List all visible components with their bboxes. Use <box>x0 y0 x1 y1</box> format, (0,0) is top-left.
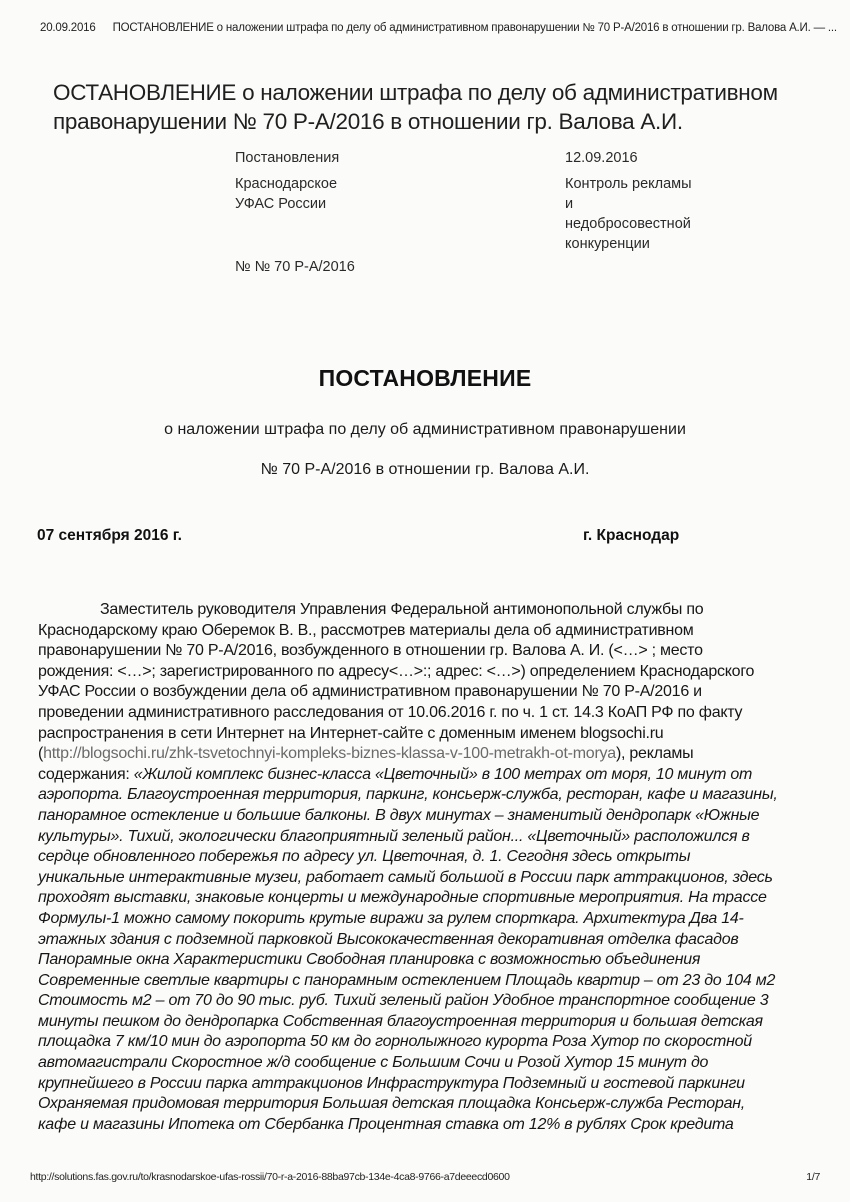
footer-url[interactable]: http://solutions.fas.gov.ru/to/krasnodar… <box>30 1171 510 1183</box>
print-header: 20.09.2016 ПОСТАНОВЛЕНИЕ о наложении штр… <box>40 22 820 34</box>
page-title: ОСТАНОВЛЕНИЕ о наложении штрафа по делу … <box>53 78 793 136</box>
department-value-line1: Краснодарское <box>235 174 337 194</box>
print-header-title: ПОСТАНОВЛЕНИЕ о наложении штрафа по делу… <box>113 22 837 34</box>
document-body: Заместитель руководителя Управления Феде… <box>38 600 778 1135</box>
document-date: 07 сентября 2016 г. <box>37 527 182 545</box>
print-date: 20.09.2016 <box>40 22 96 34</box>
document-subheading-line2: № 70 Р-А/2016 в отношении гр. Валова А.И… <box>0 461 850 479</box>
doc-type-value: Постановления <box>235 148 339 168</box>
activity-sphere-value-line2: и <box>565 194 573 214</box>
case-number-value: № № 70 Р-А/2016 <box>235 257 355 277</box>
department-value-line2: УФАС России <box>235 194 326 214</box>
document-heading: ПОСТАНОВЛЕНИЕ <box>0 365 850 392</box>
body-text-part1: Заместитель руководителя Управления Феде… <box>38 601 754 762</box>
document-subheading-line1: о наложении штрафа по делу об администра… <box>0 421 850 439</box>
source-link[interactable]: http://blogsochi.ru/zhk-tsvetochnyi-komp… <box>43 745 616 762</box>
advertisement-quote: «Жилой комплекс бизнес-класса «Цветочный… <box>38 766 778 1133</box>
activity-sphere-value-line3: недобросовестной <box>565 214 691 234</box>
activity-sphere-value-line1: Контроль рекламы <box>565 174 692 194</box>
document-city: г. Краснодар <box>583 527 679 545</box>
print-footer: http://solutions.fas.gov.ru/to/krasnodar… <box>30 1171 820 1183</box>
activity-sphere-value-line4: конкуренции <box>565 234 650 254</box>
page-number: 1/7 <box>806 1171 820 1183</box>
publication-date-value: 12.09.2016 <box>565 148 638 168</box>
